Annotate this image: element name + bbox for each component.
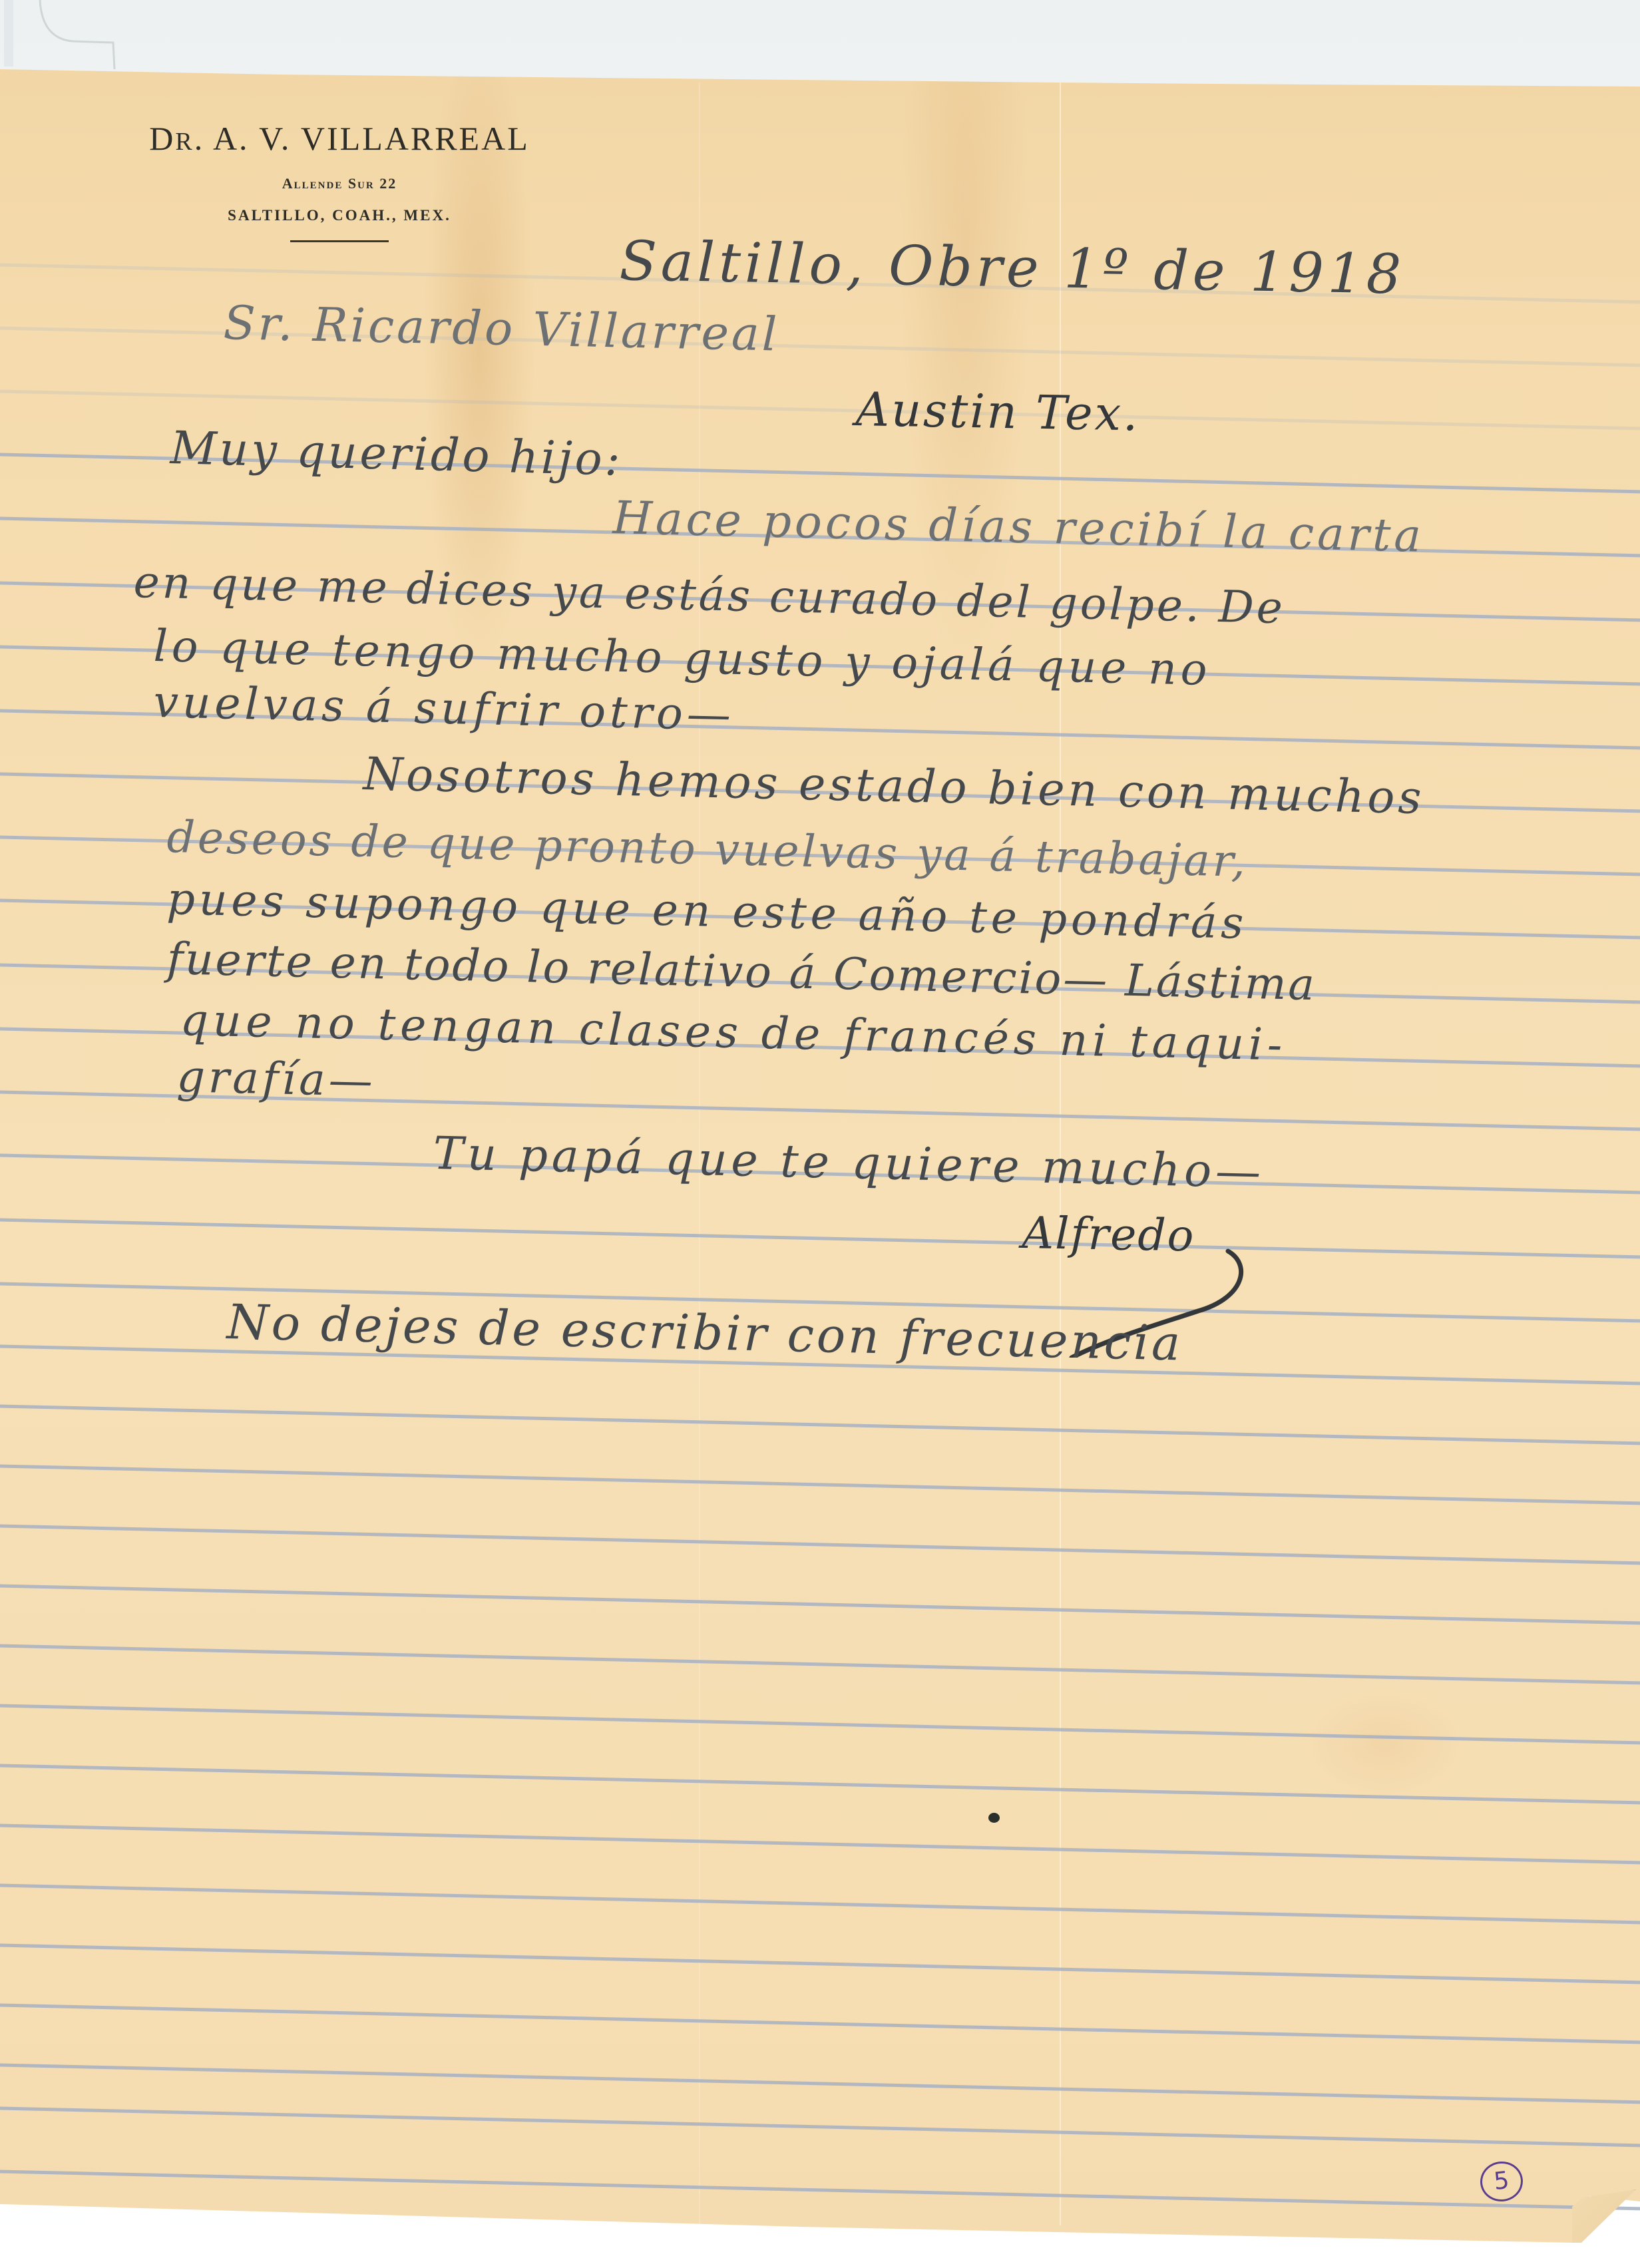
sheet-protector-edge <box>0 0 133 70</box>
letterhead-name-initial: D <box>149 120 175 157</box>
body-line-10: grafía— <box>176 1055 376 1103</box>
body-line-4: vuelvas á sufrir otro— <box>153 680 735 737</box>
letterhead: DR. A. V. VILLARREAL Allende Sur 22 SALT… <box>87 120 592 242</box>
letterhead-city: SALTILLO, COAH., MEX. <box>87 207 592 224</box>
letterhead-name-rest: . A. V. VILLARREAL <box>194 120 530 157</box>
recipient-location: Austin Tex. <box>855 386 1140 437</box>
letterhead-name: DR. A. V. VILLARREAL <box>87 120 592 160</box>
recipient-name: Sr. Ricardo Villarreal <box>223 299 780 357</box>
place-date: Saltillo, Obre 1º de 1918 <box>619 234 1406 303</box>
letterhead-address: Allende Sur 22 <box>87 175 592 192</box>
letterhead-rule <box>290 240 389 242</box>
ink-spot <box>988 1813 1000 1823</box>
letterhead-name-small: R <box>175 128 194 156</box>
salutation: Muy querido hijo: <box>170 426 623 483</box>
